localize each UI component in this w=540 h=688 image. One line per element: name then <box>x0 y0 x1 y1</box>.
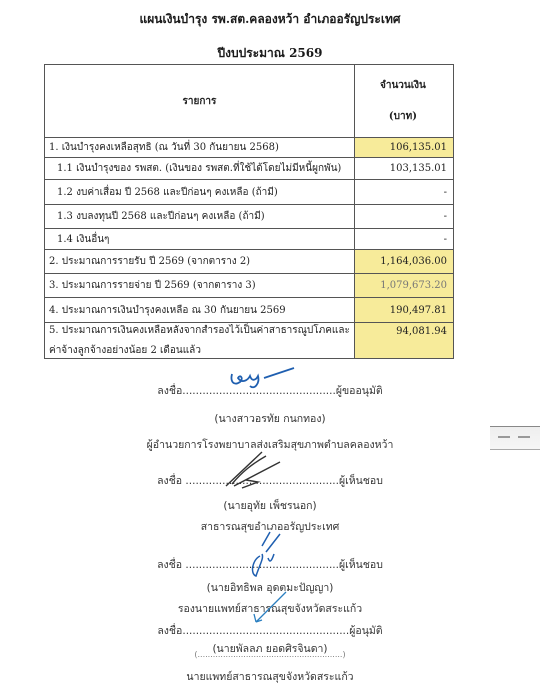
table-row: 1. เงินบำรุงคงเหลือสุทธิ (ณ วันที่ 30 กั… <box>45 138 454 158</box>
signature-mark-icon <box>222 448 292 490</box>
header-item: รายการ <box>45 65 355 138</box>
table-row: 5. ประมาณการเงินคงเหลือหลังจากสำรองไว้เป… <box>45 323 454 359</box>
document-title: แผนเงินบำรุง รพ.สต.คลองหว้า อำเภออรัญประ… <box>0 10 540 29</box>
table-row: 3. ประมาณการรายจ่าย ปี 2569 (จากตาราง 3)… <box>45 274 454 298</box>
signer-name-district: (นายอุทัย เพ็ชรนอก) <box>0 497 540 514</box>
table-row: 1.3 งบลงทุนปี 2568 และปีก่อนๆ คงเหลือ (ถ… <box>45 205 454 229</box>
header-amount: จำนวนเงิน (บาท) <box>354 65 453 138</box>
table-row: 1.4 เงินอื่นๆ - <box>45 229 454 250</box>
table-row: 1.2 งบค่าเสื่อม ปี 2568 และปีก่อนๆ คงเหล… <box>45 180 454 205</box>
fiscal-year-subtitle: ปีงบประมาณ 2569 <box>0 44 540 63</box>
signer-name-requester: (นางสาวอรทัย กนกทอง) <box>0 410 540 427</box>
signature-mark-icon <box>240 530 300 580</box>
table-row: 1.1 เงินบำรุงของ รพสต. (เงินของ รพสต.ที่… <box>45 158 454 180</box>
signer-position-chief: นายแพทย์สาธารณสุขจังหวัดสระแก้ว <box>0 668 540 685</box>
budget-table: รายการ จำนวนเงิน (บาท) 1. เงินบำรุงคงเหล… <box>44 64 454 359</box>
scan-artifact <box>490 426 540 450</box>
signature-mark-icon <box>228 366 298 392</box>
table-row: 2. ประมาณการรายรับ ปี 2569 (จากตาราง 2) … <box>45 250 454 274</box>
table-row: 4. ประมาณการเงินบำรุงคงเหลือ ณ 30 กันยาย… <box>45 298 454 323</box>
signature-line-chief: ลงชื่อ..................................… <box>0 622 540 639</box>
signer-name-dotted-line: (.......................................… <box>0 650 540 659</box>
